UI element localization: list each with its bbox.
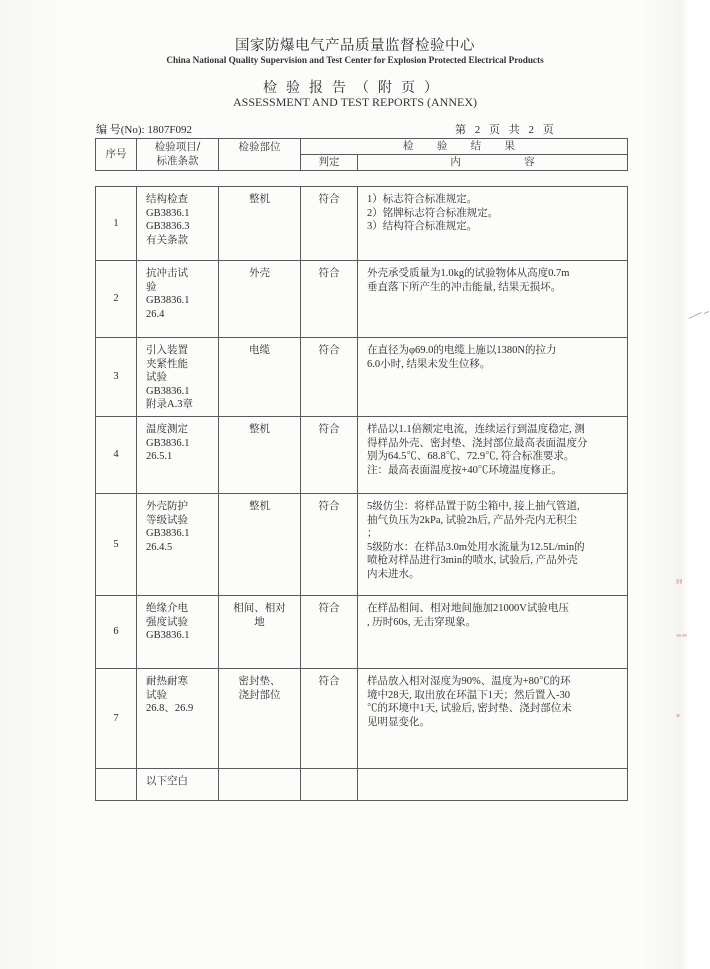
test-item-line: 验 <box>146 281 218 295</box>
result-content-line: 样品放入相对湿度为90%、温度为+80℃的环 <box>367 675 623 689</box>
table-row: 7耐热耐寒试验26.8、26.9密封垫、浇封部位符合样品放入相对湿度为90%、温… <box>96 669 628 769</box>
organization-name-en: China National Quality Supervision and T… <box>0 55 710 65</box>
result-content-line: 5级防水：在样品3.0m处用水流量为12.5L/min的 <box>367 541 623 555</box>
test-item-line: 26.4.5 <box>146 541 218 555</box>
cell-result-content: 样品放入相对湿度为90%、温度为+80℃的环境中28天, 取出放在环温下1天；然… <box>358 669 628 769</box>
seal-fragment: ▪ <box>676 712 680 719</box>
cell-verdict: 符合 <box>301 417 358 494</box>
cell-no: 4 <box>96 417 137 494</box>
cell-result-content: 在直径为φ69.0的电缆上施以1380N的拉力6.0小时, 结果未发生位移。 <box>358 338 628 417</box>
header-verdict: 判定 <box>301 155 358 171</box>
result-content-line: 3）结构符合标准规定。 <box>367 220 623 234</box>
test-part-line: 外壳 <box>219 267 300 281</box>
test-item-line: GB3836.1 <box>146 527 218 541</box>
result-content-line: , 历时60s, 无击穿现象。 <box>367 616 623 630</box>
test-item-line: 耐热耐寒 <box>146 675 218 689</box>
result-content-line: 1）标志符合标准规定。 <box>367 193 623 207</box>
result-content-line: 得样品外壳、密封垫、浇封部位最高表面温度分 <box>367 437 623 451</box>
header-item-line2: 标准条款 <box>137 155 218 169</box>
result-content-line: ； <box>367 527 623 541</box>
test-item-line: GB3836.1 <box>146 385 218 399</box>
result-content-line: 垂直落下所产生的冲击能量, 结果无损坏。 <box>367 281 623 295</box>
table-row: 5外壳防护等级试验GB3836.126.4.5整机符合5级仿尘：将样品置于防尘箱… <box>96 494 628 596</box>
page-indicator: 第 2 页 共 2 页 <box>455 121 554 137</box>
cell-test-part: 密封垫、浇封部位 <box>219 669 301 769</box>
header-item: 检验项目/ 标准条款 <box>137 139 219 171</box>
test-item-line: GB3836.1 <box>146 207 218 221</box>
test-part-line: 相间、相对 <box>219 602 300 616</box>
organization-name-cn: 国家防爆电气产品质量监督检验中心 <box>0 34 710 55</box>
result-content-line: 在直径为φ69.0的电缆上施以1380N的拉力 <box>367 344 623 358</box>
report-title-cn: 检验报告（附页） <box>0 77 710 97</box>
test-part-line: 整机 <box>219 500 300 514</box>
cell-test-part: 整机 <box>219 187 301 261</box>
test-item-line: GB3836.1 <box>146 437 218 451</box>
result-content-line: 抽气负压为2kPa, 试验2h后, 产品外壳内无积尘 <box>367 514 623 528</box>
seal-fragment: · · <box>676 680 682 687</box>
test-item-line: 抗冲击试 <box>146 267 218 281</box>
test-part-line: 电缆 <box>219 344 300 358</box>
cell-test-item: 温度测定GB3836.126.5.1 <box>137 417 219 494</box>
test-item-line: 温度测定 <box>146 423 218 437</box>
report-number-label: 编 号(No): <box>96 124 145 136</box>
cell-verdict: 符合 <box>301 338 358 417</box>
cell-result-content <box>358 769 628 801</box>
cell-result-content: 5级仿尘：将样品置于防尘箱中, 接上抽气管道,抽气负压为2kPa, 试验2h后,… <box>358 494 628 596</box>
test-item-line: GB3836.3 <box>146 220 218 234</box>
cell-no: 2 <box>96 261 137 338</box>
result-content-line: 2）铭牌标志符合标准规定。 <box>367 207 623 221</box>
test-item-line: 夹紧性能 <box>146 358 218 372</box>
cell-test-item: 抗冲击试验GB3836.126.4 <box>137 261 219 338</box>
cell-no: 5 <box>96 494 137 596</box>
report-title-en: ASSESSMENT AND TEST REPORTS (ANNEX) <box>0 95 710 110</box>
cell-no: 1 <box>96 187 137 261</box>
header-result: 检 验 结 果 <box>301 139 628 155</box>
test-item-line: 试验 <box>146 689 218 703</box>
test-part-line: 地 <box>219 616 300 630</box>
table-row: 6绝缘介电强度试验GB3836.1相间、相对地符合在样品相间、相对地间施加210… <box>96 596 628 669</box>
cell-no: 3 <box>96 338 137 417</box>
result-content-line: 注：最高表面温度按+40℃环境温度修正。 <box>367 464 623 478</box>
results-table: 1结构检查GB3836.1GB3836.3有关条款整机符合1）标志符合标准规定。… <box>95 186 628 801</box>
cell-result-content: 外壳承受质量为1.0kg的试验物体从高度0.7m垂直落下所产生的冲击能量, 结果… <box>358 261 628 338</box>
cell-verdict <box>301 769 358 801</box>
test-part-line: 整机 <box>219 423 300 437</box>
cell-result-content: 样品以1.1倍额定电流，连续运行到温度稳定, 测得样品外壳、密封垫、浇封部位最高… <box>358 417 628 494</box>
cell-test-item: 引入装置夹紧性能试验GB3836.1附录A.3章 <box>137 338 219 417</box>
cell-test-item: 绝缘介电强度试验GB3836.1 <box>137 596 219 669</box>
result-content-line: 6.0小时, 结果未发生位移。 <box>367 358 623 372</box>
table-row: 1结构检查GB3836.1GB3836.3有关条款整机符合1）标志符合标准规定。… <box>96 187 628 261</box>
cell-test-item: 结构检查GB3836.1GB3836.3有关条款 <box>137 187 219 261</box>
result-content-line: 喷枪对样品进行3min的喷水, 试验后, 产品外壳 <box>367 554 623 568</box>
cell-result-content: 1）标志符合标准规定。2）铭牌标志符合标准规定。3）结构符合标准规定。 <box>358 187 628 261</box>
test-item-line: GB3836.1 <box>146 294 218 308</box>
test-item-line: 等级试验 <box>146 514 218 528</box>
table-header: 序号 检验项目/ 标准条款 检验部位 检 验 结 果 判定 内 容 <box>95 138 628 171</box>
result-content-line: 内未进水。 <box>367 568 623 582</box>
test-item-line: 外壳防护 <box>146 500 218 514</box>
test-item-line: 26.8、26.9 <box>146 702 218 716</box>
cell-verdict: 符合 <box>301 261 358 338</box>
result-content-line: 样品以1.1倍额定电流，连续运行到温度稳定, 测 <box>367 423 623 437</box>
table-row: 以下空白 <box>96 769 628 801</box>
result-content-line: 别为64.5℃、68.8℃、72.9℃, 符合标准要求。 <box>367 450 623 464</box>
test-part-line: 浇封部位 <box>219 689 300 703</box>
cell-test-part: 相间、相对地 <box>219 596 301 669</box>
test-item-line: 附录A.3章 <box>146 398 218 412</box>
cell-no: 7 <box>96 669 137 769</box>
cell-verdict: 符合 <box>301 596 358 669</box>
cell-no: 6 <box>96 596 137 669</box>
table-row: 2抗冲击试验GB3836.126.4外壳符合外壳承受质量为1.0kg的试验物体从… <box>96 261 628 338</box>
result-content-line: 在样品相间、相对地间施加21000V试验电压 <box>367 602 623 616</box>
cell-verdict: 符合 <box>301 187 358 261</box>
cell-verdict: 符合 <box>301 494 358 596</box>
cell-test-item: 以下空白 <box>137 769 219 801</box>
seal-fragment: ▬▬ <box>676 632 687 639</box>
test-item-line: GB3836.1 <box>146 629 218 643</box>
cell-test-item: 外壳防护等级试验GB3836.126.4.5 <box>137 494 219 596</box>
test-item-line: 26.4 <box>146 308 218 322</box>
test-item-line: 有关条款 <box>146 234 218 248</box>
seal-fragment: ▮▮ <box>676 578 683 585</box>
test-item-line: 以下空白 <box>146 775 218 789</box>
test-item-line: 26.5.1 <box>146 450 218 464</box>
table-row: 3引入装置夹紧性能试验GB3836.1附录A.3章电缆符合在直径为φ69.0的电… <box>96 338 628 417</box>
test-item-line: 绝缘介电 <box>146 602 218 616</box>
test-item-line: 强度试验 <box>146 616 218 630</box>
header-part: 检验部位 <box>219 139 301 171</box>
test-item-line: 试验 <box>146 371 218 385</box>
test-part-line: 密封垫、 <box>219 675 300 689</box>
header-item-line1: 检验项目/ <box>137 141 218 155</box>
result-content-line: 境中28天, 取出放在环温下1天；然后置入-30 <box>367 689 623 703</box>
header-content: 内 容 <box>358 155 628 171</box>
cell-no <box>96 769 137 801</box>
cell-result-content: 在样品相间、相对地间施加21000V试验电压, 历时60s, 无击穿现象。 <box>358 596 628 669</box>
result-content-line: 外壳承受质量为1.0kg的试验物体从高度0.7m <box>367 267 623 281</box>
report-number-value: 1807F092 <box>147 124 192 136</box>
header-no: 序号 <box>96 139 137 171</box>
result-content-line: 5级仿尘：将样品置于防尘箱中, 接上抽气管道, <box>367 500 623 514</box>
test-item-line: 结构检查 <box>146 193 218 207</box>
cell-test-part: 整机 <box>219 417 301 494</box>
table-row: 4温度测定GB3836.126.5.1整机符合样品以1.1倍额定电流，连续运行到… <box>96 417 628 494</box>
test-item-line: 引入装置 <box>146 344 218 358</box>
cell-verdict: 符合 <box>301 669 358 769</box>
report-number: 编 号(No): 1807F092 <box>96 121 192 137</box>
result-content-line: ℃的环境中1天, 试验后, 密封垫、浇封部位未 <box>367 702 623 716</box>
cell-test-part: 整机 <box>219 494 301 596</box>
result-content-line: 见明显变化。 <box>367 716 623 730</box>
cell-test-part: 外壳 <box>219 261 301 338</box>
cell-test-item: 耐热耐寒试验26.8、26.9 <box>137 669 219 769</box>
cell-test-part <box>219 769 301 801</box>
cell-test-part: 电缆 <box>219 338 301 417</box>
test-part-line: 整机 <box>219 193 300 207</box>
